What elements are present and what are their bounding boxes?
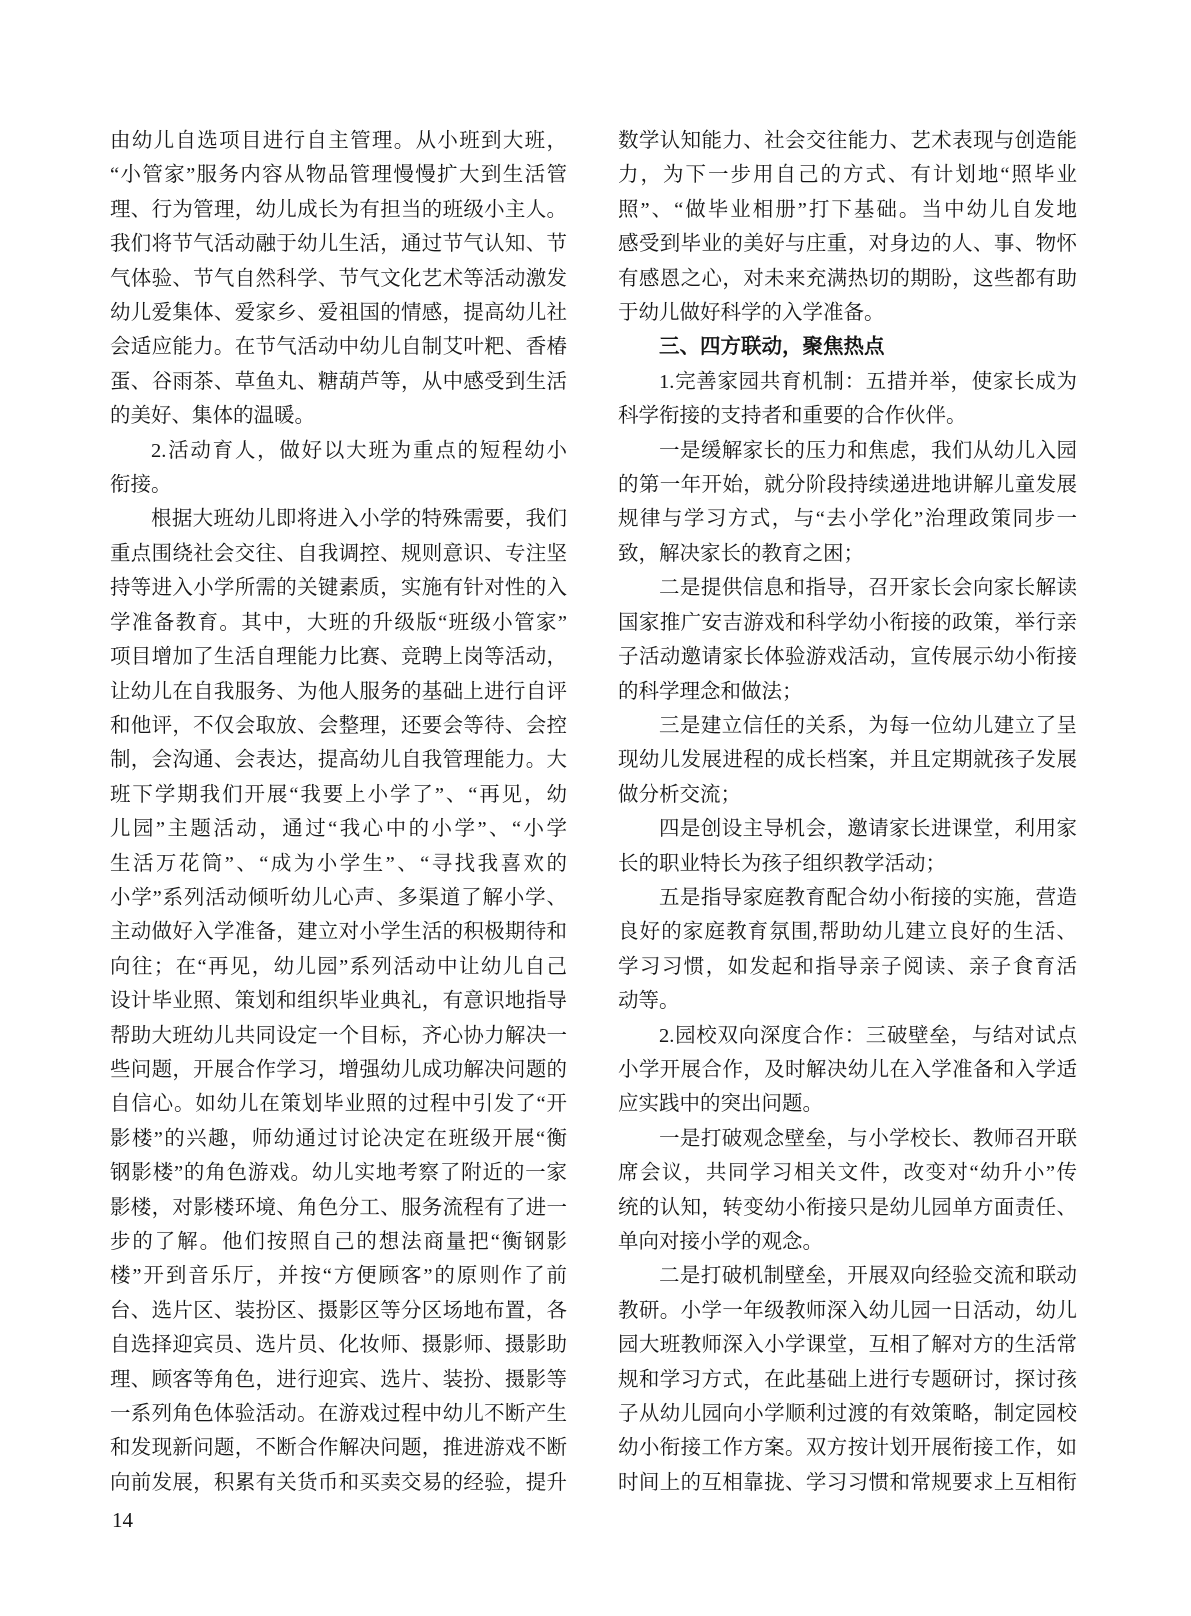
- text-line: 钢影楼”的角色游戏。幼儿实地考察了附近的一家: [110, 1156, 567, 1190]
- text-line: 四是创设主导机会，邀请家长进课堂，利用家: [618, 812, 1077, 846]
- left-column-text: 由幼儿自选项目进行自主管理。从小班到大班，“小管家”服务内容从物品管理慢慢扩大到…: [110, 124, 567, 1500]
- text-line: 照”、“做毕业相册”打下基础。当中幼儿自发地: [618, 193, 1077, 227]
- text-line: 国家推广安吉游戏和科学幼小衔接的政策，举行亲: [618, 606, 1077, 640]
- text-line: 学准备教育。其中，大班的升级版“班级小管家”: [110, 606, 567, 640]
- text-line: 小学”系列活动倾听幼儿心声、多渠道了解小学、: [110, 881, 567, 915]
- text-line: 台、选片区、装扮区、摄影区等分区场地布置，各: [110, 1294, 567, 1328]
- text-line: 一是打破观念壁垒，与小学校长、教师召开联: [618, 1122, 1077, 1156]
- text-line: 三是建立信任的关系，为每一位幼儿建立了呈: [618, 709, 1077, 743]
- text-line: 蛋、谷雨茶、草鱼丸、糖葫芦等，从中感受到生活: [110, 365, 567, 399]
- text-line: 生活万花筒”、“成为小学生”、“寻找我喜欢的: [110, 847, 567, 881]
- text-line: 我们将节气活动融于幼儿生活，通过节气认知、节: [110, 227, 567, 261]
- text-line: 规和学习方式，在此基础上进行专题研讨，探讨孩: [618, 1363, 1077, 1397]
- text-line: 自信心。如幼儿在策划毕业照的过程中引发了“开: [110, 1087, 567, 1121]
- text-line: 气体验、节气自然科学、节气文化艺术等活动激发: [110, 262, 567, 296]
- right-column-text: 数学认知能力、社会交往能力、艺术表现与创造能力，为下一步用自己的方式、有计划地“…: [618, 124, 1077, 1500]
- page-number: 14: [112, 1506, 133, 1534]
- text-line: 单向对接小学的观念。: [618, 1225, 1077, 1259]
- text-line: 做分析交流；: [618, 778, 1077, 812]
- text-line: 帮助大班幼儿共同设定一个目标，齐心协力解决一: [110, 1019, 567, 1053]
- text-line: 根据大班幼儿即将进入小学的特殊需要，我们: [110, 502, 567, 536]
- text-line: 2.园校双向深度合作：三破壁垒，与结对试点: [618, 1019, 1077, 1053]
- text-line: 一是缓解家长的压力和焦虑，我们从幼儿入园: [618, 434, 1077, 468]
- text-line: 让幼儿在自我服务、为他人服务的基础上进行自评: [110, 675, 567, 709]
- text-line: 影楼，对影楼环境、角色分工、服务流程有了进一: [110, 1191, 567, 1225]
- text-line: 步的了解。他们按照自己的想法商量把“衡钢影: [110, 1225, 567, 1259]
- document-page: 由幼儿自选项目进行自主管理。从小班到大班，“小管家”服务内容从物品管理慢慢扩大到…: [0, 0, 1191, 1616]
- text-line: 自选择迎宾员、选片员、化妆师、摄影师、摄影助: [110, 1328, 567, 1362]
- text-line: 会适应能力。在节气活动中幼儿自制艾叶粑、香椿: [110, 330, 567, 364]
- text-line: 力，为下一步用自己的方式、有计划地“照毕业: [618, 158, 1077, 192]
- text-line: 衔接。: [110, 468, 567, 502]
- text-line: 幼小衔接工作方案。双方按计划开展衔接工作，如: [618, 1431, 1077, 1465]
- text-line: 的美好、集体的温暖。: [110, 399, 567, 433]
- text-line: 2.活动育人，做好以大班为重点的短程幼小: [110, 434, 567, 468]
- text-line: 理、行为管理，幼儿成长为有担当的班级小主人。: [110, 193, 567, 227]
- text-line: 应实践中的突出问题。: [618, 1087, 1077, 1121]
- text-line: 感受到毕业的美好与庄重，对身边的人、事、物怀: [618, 227, 1077, 261]
- text-line: 小学开展合作，及时解决幼儿在入学准备和入学适: [618, 1053, 1077, 1087]
- text-line: 现幼儿发展进程的成长档案，并且定期就孩子发展: [618, 743, 1077, 777]
- text-line: 的科学理念和做法；: [618, 675, 1077, 709]
- text-line: 幼儿爱集体、爱家乡、爱祖国的情感，提高幼儿社: [110, 296, 567, 330]
- text-line: 教研。小学一年级教师深入幼儿园一日活动，幼儿: [618, 1294, 1077, 1328]
- text-line: 统的认知，转变幼小衔接只是幼儿园单方面责任、: [618, 1191, 1077, 1225]
- text-line: 数学认知能力、社会交往能力、艺术表现与创造能: [618, 124, 1077, 158]
- text-line: 的第一年开始，就分阶段持续递进地讲解儿童发展: [618, 468, 1077, 502]
- text-line: 主动做好入学准备，建立对小学生活的积极期待和: [110, 915, 567, 949]
- text-line: 影楼”的兴趣，师幼通过讨论决定在班级开展“衡: [110, 1122, 567, 1156]
- text-line: 重点围绕社会交往、自我调控、规则意识、专注坚: [110, 537, 567, 571]
- text-line: 于幼儿做好科学的入学准备。: [618, 296, 1077, 330]
- text-line: 致，解决家长的教育之困；: [618, 537, 1077, 571]
- text-line: 和发现新问题，不断合作解决问题，推进游戏不断: [110, 1431, 567, 1465]
- text-line: 二是提供信息和指导，召开家长会向家长解读: [618, 571, 1077, 605]
- text-line: 子活动邀请家长体验游戏活动，宣传展示幼小衔接: [618, 640, 1077, 674]
- text-line: 学习习惯，如发起和指导亲子阅读、亲子食育活: [618, 950, 1077, 984]
- text-line: 良好的家庭教育氛围,帮助幼儿建立良好的生活、: [618, 915, 1077, 949]
- text-line: 制，会沟通、会表达，提高幼儿自我管理能力。大: [110, 743, 567, 777]
- text-line: 持等进入小学所需的关键素质，实施有针对性的入: [110, 571, 567, 605]
- text-line: 长的职业特长为孩子组织教学活动；: [618, 847, 1077, 881]
- text-line: 儿园”主题活动，通过“我心中的小学”、“小学: [110, 812, 567, 846]
- text-line: 班下学期我们开展“我要上小学了”、“再见，幼: [110, 778, 567, 812]
- text-line: 席会议，共同学习相关文件，改变对“幼升小”传: [618, 1156, 1077, 1190]
- section-heading-line: 三、四方联动，聚焦热点: [618, 330, 1077, 364]
- text-line: 些问题，开展合作学习，增强幼儿成功解决问题的: [110, 1053, 567, 1087]
- text-line: 有感恩之心，对未来充满热切的期盼，这些都有助: [618, 262, 1077, 296]
- text-line: 设计毕业照、策划和组织毕业典礼，有意识地指导: [110, 984, 567, 1018]
- text-line: 项目增加了生活自理能力比赛、竞聘上岗等活动，: [110, 640, 567, 674]
- text-line: 楼”开到音乐厅，并按“方便顾客”的原则作了前: [110, 1259, 567, 1293]
- text-line: 子从幼儿园向小学顺利过渡的有效策略，制定园校: [618, 1397, 1077, 1431]
- text-line: 向往；在“再见，幼儿园”系列活动中让幼儿自己: [110, 950, 567, 984]
- text-line: 五是指导家庭教育配合幼小衔接的实施，营造: [618, 881, 1077, 915]
- text-line: 和他评，不仅会取放、会整理，还要会等待、会控: [110, 709, 567, 743]
- text-line: 理、顾客等角色，进行迎宾、选片、装扮、摄影等: [110, 1363, 567, 1397]
- text-line: 规律与学习方式，与“去小学化”治理政策同步一: [618, 502, 1077, 536]
- text-line: 园大班教师深入小学课堂，互相了解对方的生活常: [618, 1328, 1077, 1362]
- text-line: 二是打破机制壁垒，开展双向经验交流和联动: [618, 1259, 1077, 1293]
- text-line: 由幼儿自选项目进行自主管理。从小班到大班，: [110, 124, 567, 158]
- text-line: 1.完善家园共育机制：五措并举，使家长成为: [618, 365, 1077, 399]
- text-line: 时间上的互相靠拢、学习习惯和常规要求上互相衔: [618, 1466, 1077, 1500]
- text-line: 科学衔接的支持者和重要的合作伙伴。: [618, 399, 1077, 433]
- text-line: 一系列角色体验活动。在游戏过程中幼儿不断产生: [110, 1397, 567, 1431]
- text-line: 动等。: [618, 984, 1077, 1018]
- text-line: 向前发展，积累有关货币和买卖交易的经验，提升: [110, 1466, 567, 1500]
- text-line: “小管家”服务内容从物品管理慢慢扩大到生活管: [110, 158, 567, 192]
